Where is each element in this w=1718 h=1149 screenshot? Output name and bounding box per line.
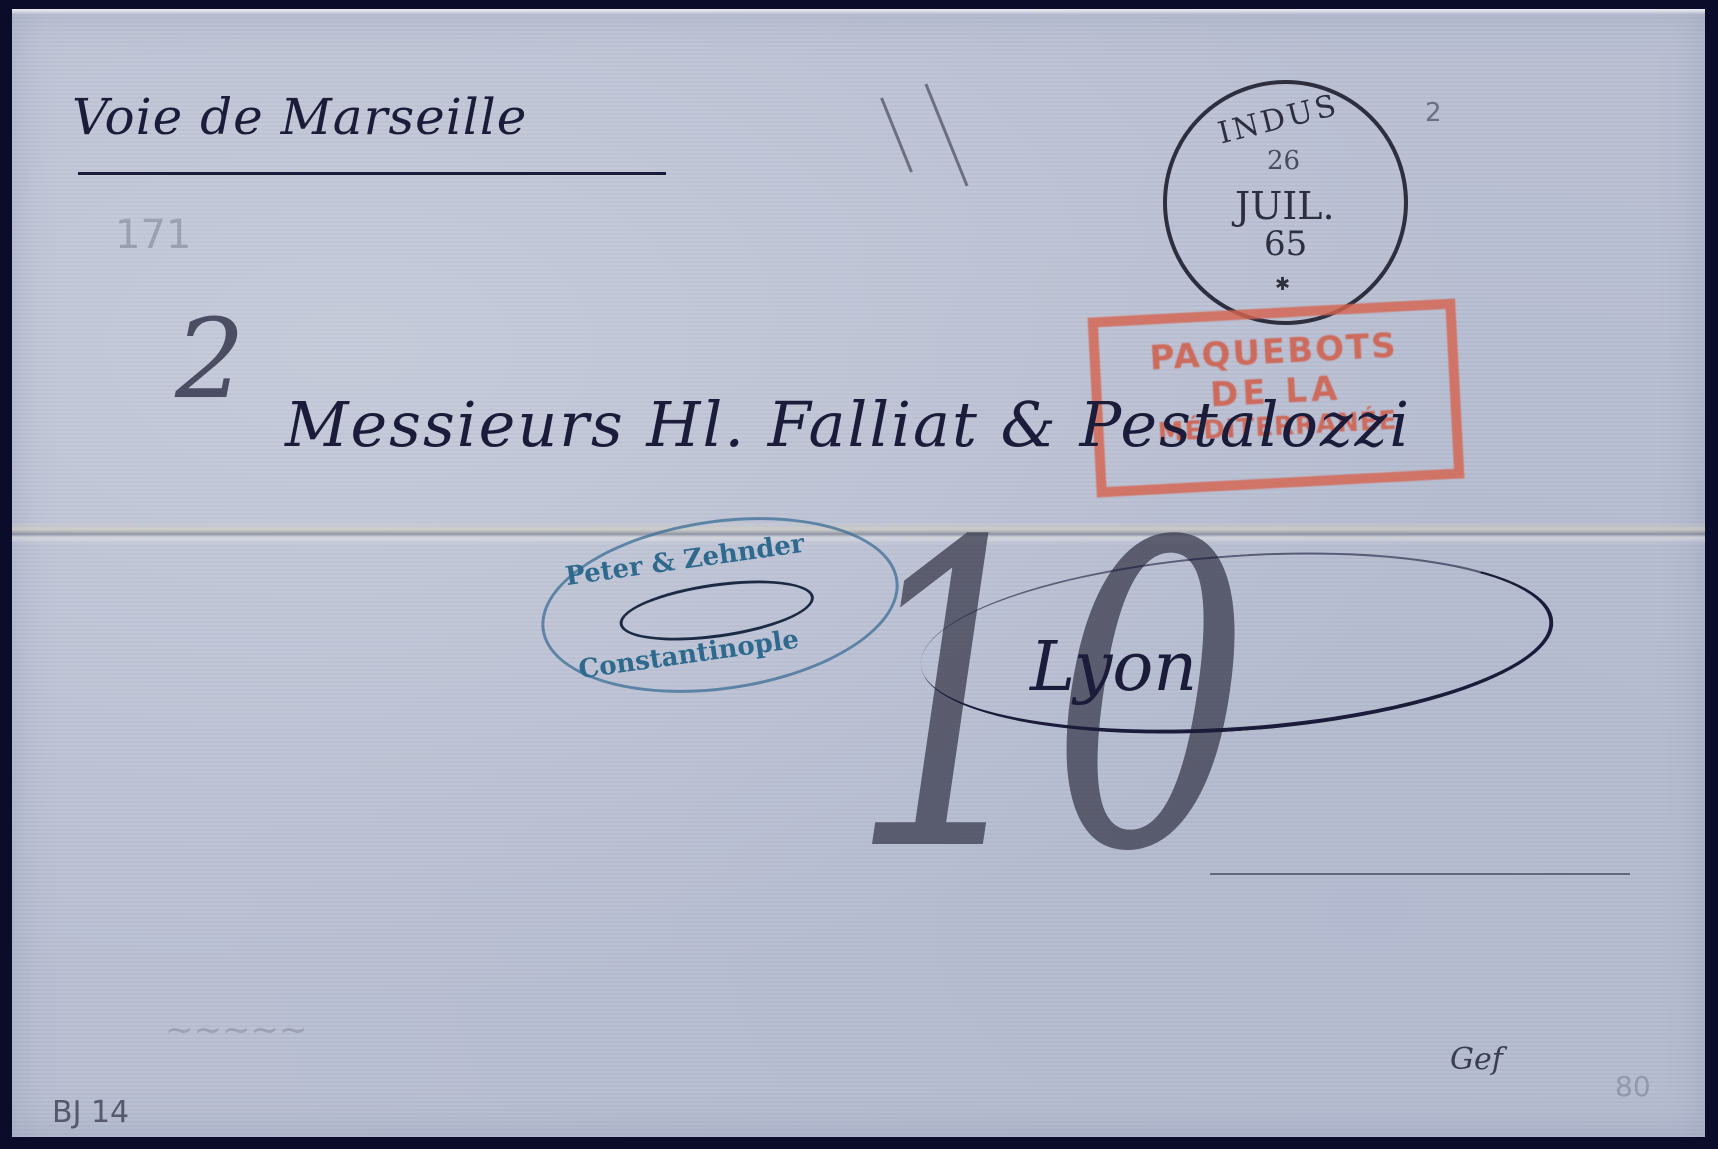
addressee-name: Messieurs Hl. Falliat & Pestalozzi <box>285 388 1411 461</box>
cds-postmark: INDUS 26 JUIL. 65 ✱ <box>1163 80 1408 325</box>
pencil-notation-top-left: 171 <box>115 212 191 258</box>
cds-day: 26 <box>1267 146 1300 176</box>
catalog-reference: BJ 14 <box>52 1095 129 1130</box>
rate-mark: 2 <box>175 295 245 423</box>
pencil-notation-bottom-right: 80 <box>1615 1070 1651 1103</box>
pencil-scrawl: ~~~~~ <box>165 1010 307 1050</box>
paper-top-edge <box>12 9 1705 15</box>
destination-city: Lyon <box>1030 628 1197 707</box>
expert-signature: Gef <box>1450 1042 1503 1077</box>
cds-star-icon: ✱ <box>1275 274 1290 295</box>
route-instruction: Voie de Marseille <box>72 88 527 146</box>
route-underline <box>78 172 666 175</box>
pencil-notation-top-right: 2 <box>1425 98 1442 128</box>
cds-month: JUIL. <box>1235 184 1335 228</box>
address-rule <box>1210 873 1630 875</box>
cds-office: INDUS <box>1215 88 1343 152</box>
cds-year: 65 <box>1264 224 1307 264</box>
